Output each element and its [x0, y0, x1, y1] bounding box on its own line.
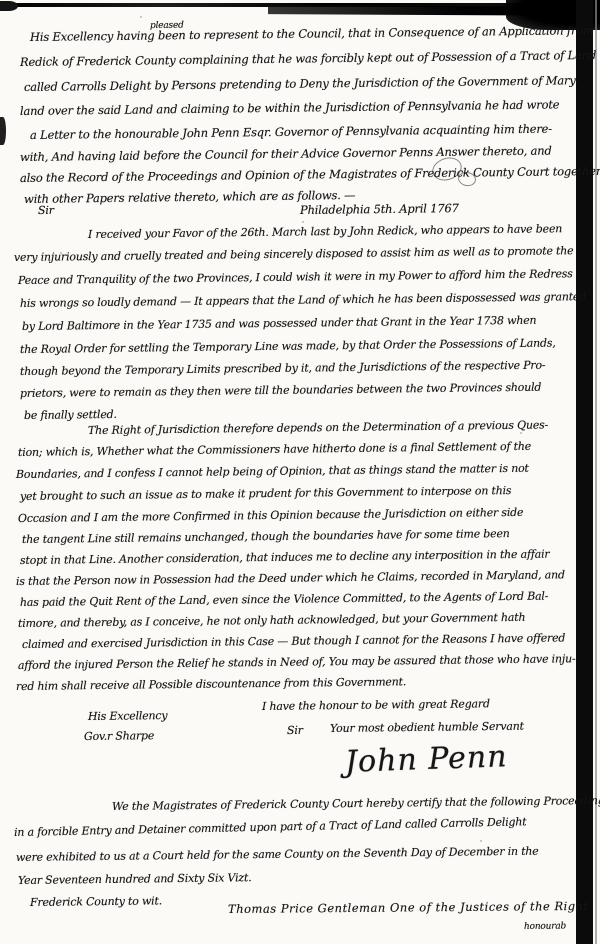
letter-dateline: Philadelphia 5th. April 1767: [300, 201, 459, 217]
manuscript-line: red him shall receive all Possible disco…: [16, 675, 406, 693]
scan-speck: [302, 221, 304, 223]
scan-speck: [140, 16, 142, 18]
manuscript-line: were exhibited to us at a Court held for…: [16, 845, 539, 864]
manuscript-line: afford the injured Person the Relief he …: [18, 652, 576, 672]
valediction-line: Your most obedient humble Servant: [330, 720, 524, 735]
catchword: honourab: [524, 921, 566, 932]
justice-attestation-line: Thomas Price Gentleman One of the Justic…: [228, 899, 589, 916]
manuscript-line: claimed and exercised Jurisdiction in th…: [22, 631, 565, 651]
ink-blot: [0, 117, 6, 145]
manuscript-line: very injuriously and cruelly treated and…: [14, 244, 574, 264]
manuscript-line: We the Magistrates of Frederick County C…: [112, 794, 600, 813]
manuscript-line: the Royal Order for settling the Tempora…: [20, 336, 556, 356]
scan-speck: [520, 432, 522, 434]
ink-blot: [0, 1, 18, 11]
manuscript-line: called Carrolls Delight by Persons prete…: [24, 73, 579, 94]
valediction-line: I have the honour to be with great Regar…: [262, 697, 490, 713]
manuscript-line: His Excellency having been to represent …: [30, 23, 594, 44]
manuscript-line: Peace and Tranquility of the two Provinc…: [18, 267, 573, 287]
manuscript-line: by Lord Baltimore in the Year 1735 and w…: [22, 314, 537, 333]
manuscript-line: I received your Favor of the 26th. March…: [88, 222, 562, 241]
manuscript-line: stopt in that Line. Another consideratio…: [20, 548, 550, 567]
manuscript-line: timore, and thereby, as I conceive, he n…: [18, 611, 525, 630]
scan-speck: [480, 840, 482, 842]
addressee-line: His Excellency: [88, 709, 168, 723]
manuscript-line: the tangent Line still remains unchanged…: [22, 527, 510, 546]
manuscript-line: with, And having laid before the Council…: [20, 144, 552, 164]
manuscript-line: Occasion and I am the more Confirmed in …: [18, 506, 523, 525]
letter-salutation: Sir: [38, 204, 54, 217]
manuscript-line: Redick of Frederick County complaining t…: [20, 48, 596, 69]
manuscript-line: yet brought to such an issue as to make …: [20, 484, 511, 503]
manuscript-line: a Letter to the honourable John Penn Esq…: [30, 122, 552, 142]
manuscript-line: be finally settled.: [24, 408, 117, 422]
manuscript-line: prietors, were to remain as they then we…: [20, 381, 541, 400]
manuscript-line: is that the Person now in Possession had…: [16, 568, 565, 588]
manuscript-page: pleased His Excellency having been to re…: [0, 0, 600, 944]
addressee-line: Gov.r Sharpe: [84, 729, 154, 743]
manuscript-line: has paid the Quit Rent of the Land, even…: [20, 590, 548, 609]
manuscript-line: tion; which is, Whether what the Commiss…: [18, 440, 531, 459]
manuscript-line: The Right of Jurisdiction therefore depe…: [88, 418, 548, 437]
county-jurisdiction-line: Frederick County to wit.: [30, 894, 162, 909]
valediction-sir: Sir: [287, 724, 303, 737]
signature: John Penn: [344, 739, 508, 780]
manuscript-line: though beyond the Temporary Limits presc…: [20, 359, 546, 378]
manuscript-line: in a forcible Entry and Detainer committ…: [14, 815, 527, 839]
manuscript-line: his wrongs so loudly demand — It appears…: [20, 290, 586, 310]
manuscript-line: land over the said Land and claiming to …: [20, 97, 559, 118]
manuscript-line: Year Seventeen hundred and Sixty Six Viz…: [18, 871, 252, 887]
manuscript-line: Boundaries, and I confess I cannot help …: [16, 462, 529, 481]
manuscript-line: also the Record of the Proceedings and O…: [20, 164, 600, 185]
